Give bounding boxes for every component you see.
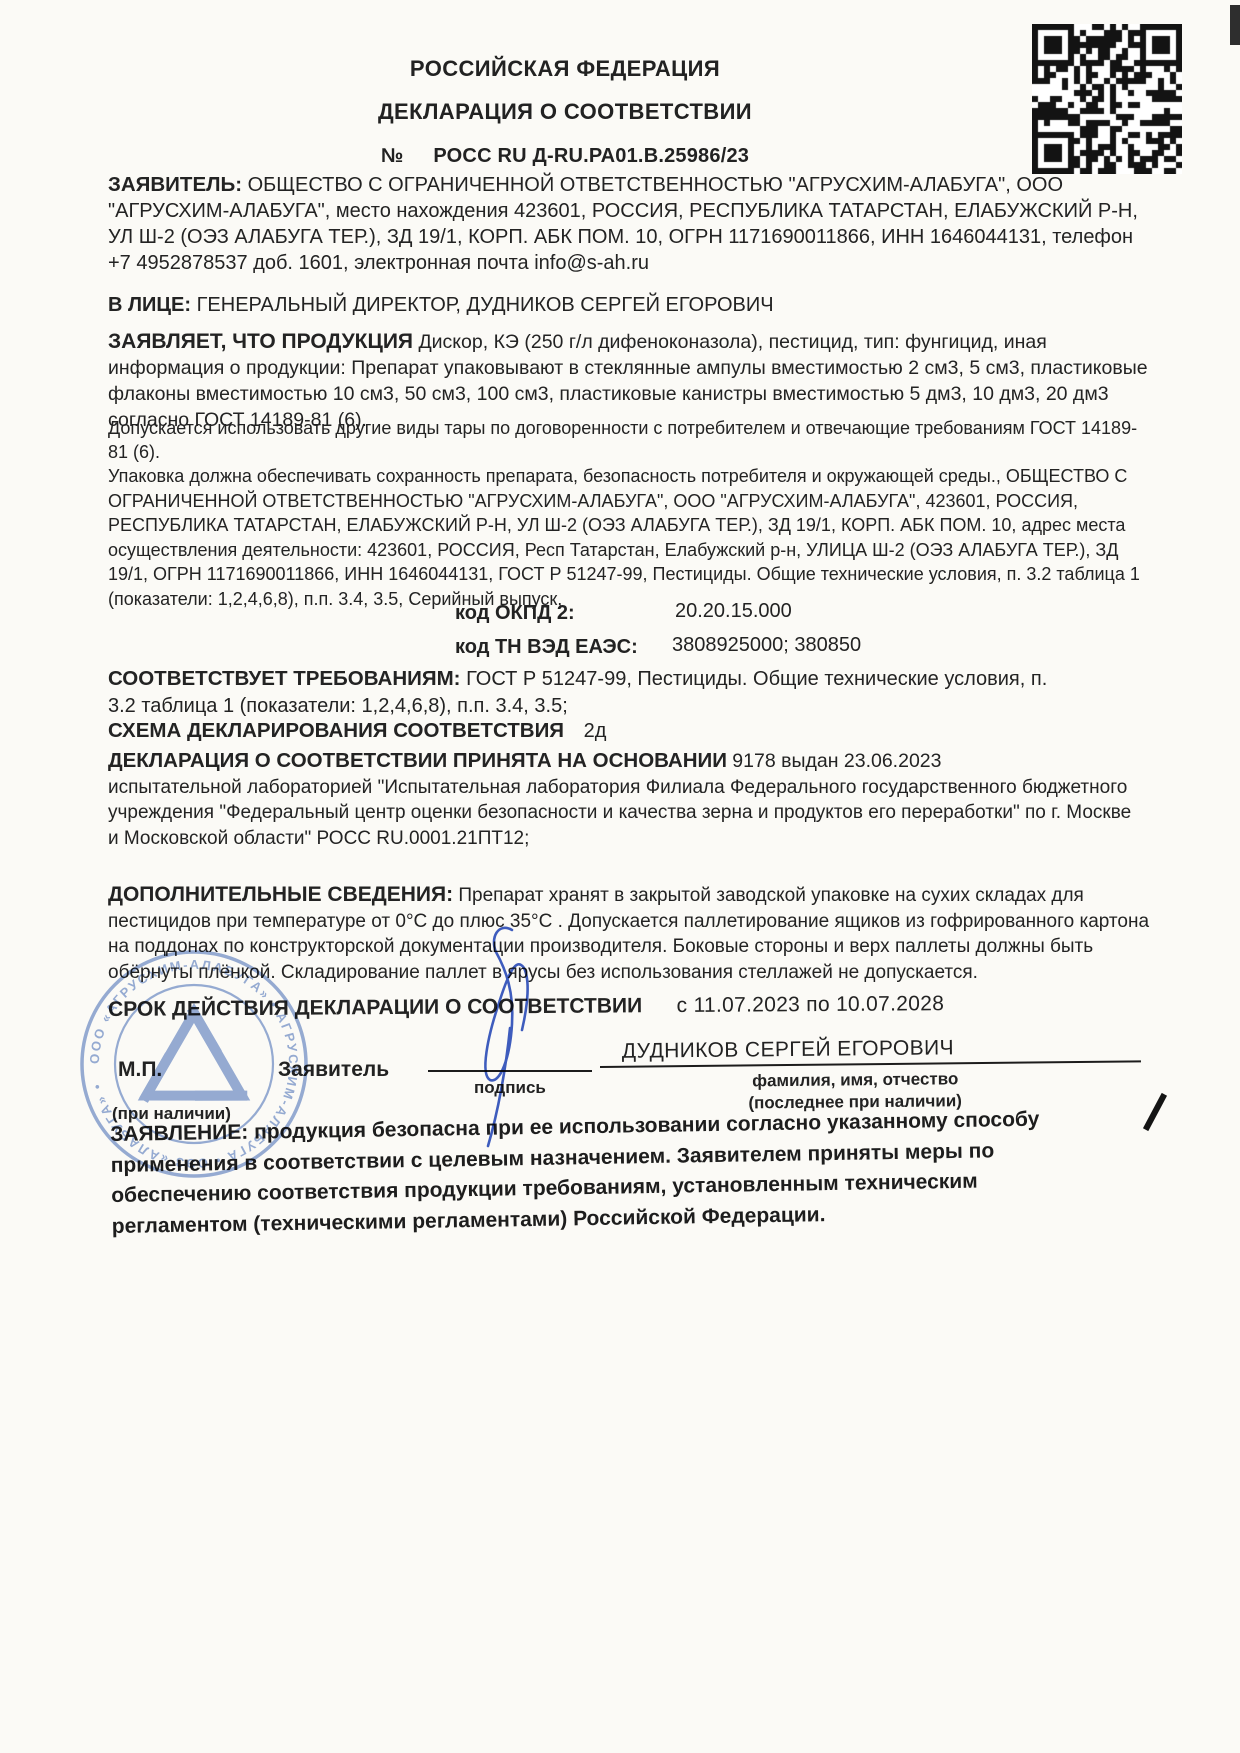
applicant-paragraph: ЗАЯВИТЕЛЬ: ОБЩЕСТВО С ОГРАНИЧЕННОЙ ОТВЕТ… [108, 172, 1140, 276]
basis-text: испытательной лабораторией "Испытательна… [108, 775, 1144, 852]
packaging-note: Допускается использовать другие виды тар… [108, 417, 1146, 464]
validity-dates: с 11.07.2023 по 10.07.2028 [677, 992, 945, 1017]
applicant-label: ЗАЯВИТЕЛЬ: [108, 173, 242, 196]
basis-label: ДЕКЛАРАЦИЯ О СООТВЕТСТВИИ ПРИНЯТА НА ОСН… [108, 749, 727, 772]
applicant-text: ОБЩЕСТВО С ОГРАНИЧЕННОЙ ОТВЕТСТВЕННОСТЬЮ… [108, 174, 1138, 274]
svg-text:ООО «АГРУСХИМ-АЛАБУГА» • АГРУС: ООО «АГРУСХИМ-АЛАБУГА» • АГРУСХИМ-АЛАБУГ… [87, 957, 301, 1171]
declaration-number: №РОСС RU Д-RU.РА01.В.25986/23 [115, 145, 1015, 168]
basis-headline: ДЕКЛАРАЦИЯ О СООТВЕТСТВИИ ПРИНЯТА НА ОСН… [108, 748, 1144, 775]
in-person-text: ГЕНЕРАЛЬНЫЙ ДИРЕКТОР, ДУДНИКОВ СЕРГЕЙ ЕГ… [197, 294, 774, 316]
stamp-ring-text: ООО «АГРУСХИМ-АЛАБУГА» • АГРУСХИМ-АЛАБУГ… [87, 957, 301, 1171]
country-title: РОССИЙСКАЯ ФЕДЕРАЦИЯ [115, 56, 1015, 82]
document-header: РОССИЙСКАЯ ФЕДЕРАЦИЯ ДЕКЛАРАЦИЯ О СООТВЕ… [115, 56, 1015, 168]
signatory-name: ДУДНИКОВ СЕРГЕЙ ЕГОРОВИЧ [622, 1036, 954, 1063]
additional-info-label: ДОПОЛНИТЕЛЬНЫЕ СВЕДЕНИЯ: [108, 883, 453, 906]
scan-artifact-mark [1143, 1093, 1167, 1131]
declaration-document: РОССИЙСКАЯ ФЕДЕРАЦИЯ ДЕКЛАРАЦИЯ О СООТВЕ… [0, 0, 1240, 1753]
conforms-paragraph: СООТВЕТСТВУЕТ ТРЕБОВАНИЯМ: ГОСТ Р 51247-… [108, 666, 1076, 719]
scheme-paragraph: СХЕМА ДЕКЛАРИРОВАНИЯ СООТВЕТСТВИЯ 2д [108, 719, 606, 743]
okpd-code-label: код ОКПД 2: [455, 602, 575, 625]
stamp-logo [136, 1012, 266, 1137]
in-person-paragraph: В ЛИЦЕ: ГЕНЕРАЛЬНЫЙ ДИРЕКТОР, ДУДНИКОВ С… [108, 294, 1140, 317]
handwritten-signature [432, 908, 592, 1153]
number-sign: № [381, 145, 404, 167]
scan-artifact-corner [1230, 5, 1240, 45]
basis-value: 9178 выдан 23.06.2023 [732, 750, 941, 772]
tnved-code-label: код ТН ВЭД ЕАЭС: [455, 636, 638, 659]
packaging-info: Упаковка должна обеспечивать сохранность… [108, 464, 1148, 611]
scheme-value: 2д [584, 720, 607, 742]
okpd-code-value: 20.20.15.000 [675, 600, 792, 623]
in-person-label: В ЛИЦЕ: [108, 294, 191, 316]
product-label: ЗАЯВЛЯЕТ, ЧТО ПРОДУКЦИЯ [108, 330, 413, 353]
signatory-name-caption: фамилия, имя, отчество [752, 1069, 958, 1091]
number-value: РОСС RU Д-RU.РА01.В.25986/23 [433, 145, 749, 167]
basis-section: ДЕКЛАРАЦИЯ О СООТВЕТСТВИИ ПРИНЯТА НА ОСН… [108, 748, 1144, 851]
scheme-label: СХЕМА ДЕКЛАРИРОВАНИЯ СООТВЕТСТВИЯ [108, 719, 564, 742]
company-stamp: ООО «АГРУСХИМ-АЛАБУГА» • АГРУСХИМ-АЛАБУГ… [70, 940, 322, 1192]
qr-code [1032, 24, 1182, 174]
conforms-label: СООТВЕТСТВУЕТ ТРЕБОВАНИЯМ: [108, 667, 461, 690]
tnved-code-value: 3808925000; 380850 [672, 634, 861, 657]
document-title: ДЕКЛАРАЦИЯ О СООТВЕТСТВИИ [115, 99, 1015, 125]
signatory-name-line [600, 1060, 1141, 1068]
